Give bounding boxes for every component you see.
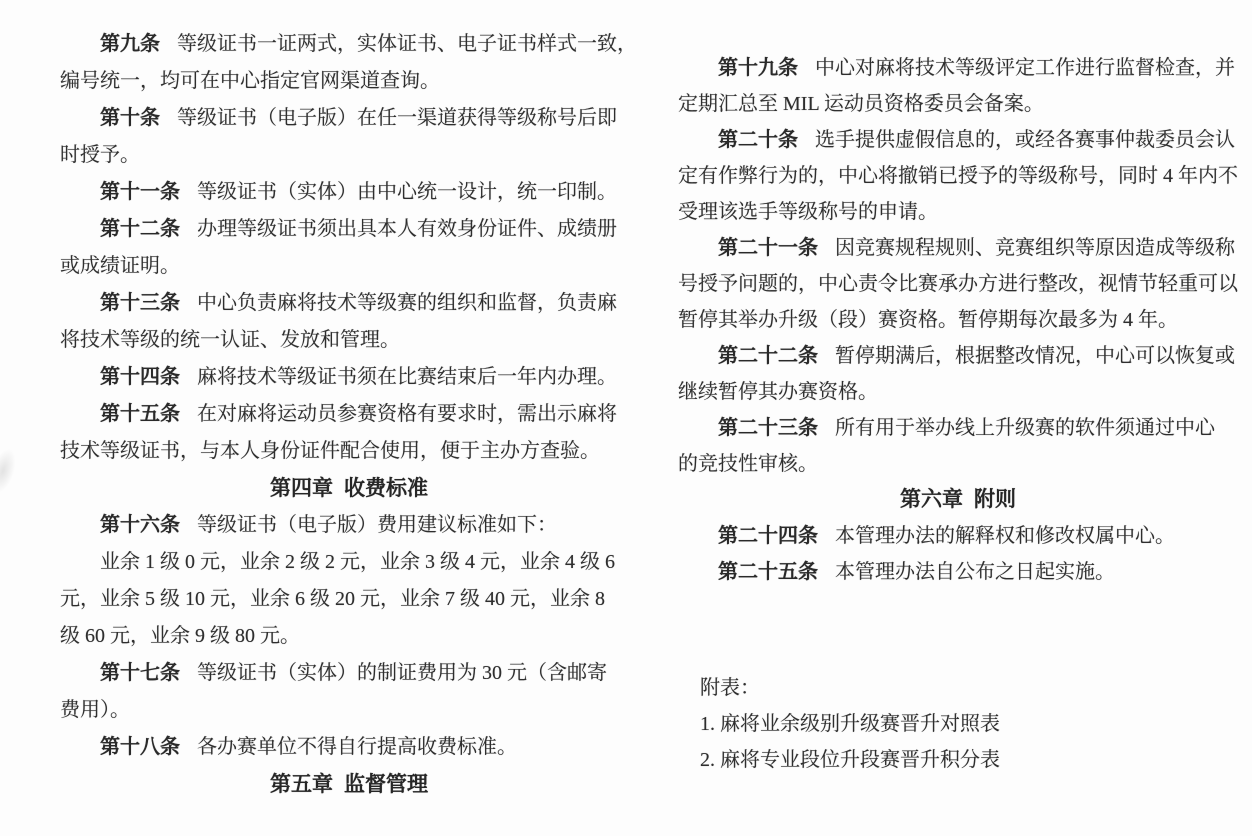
line-text: 等级证书（实体）由中心统一设计，统一印制。 bbox=[197, 181, 617, 203]
doc-line: 费用）。 bbox=[60, 692, 638, 729]
chapter-heading: 第五章 监督管理 bbox=[60, 766, 638, 803]
line-text: 本管理办法自公布之日起实施。 bbox=[835, 561, 1115, 583]
article-number: 第二十一条 bbox=[718, 237, 818, 259]
doc-line: 时授予。 bbox=[60, 137, 638, 174]
doc-line: 第十条等级证书（电子版）在任一渠道获得等级称号后即 bbox=[60, 100, 638, 137]
article-number: 第十六条 bbox=[100, 514, 180, 536]
doc-line: 级 60 元，业余 9 级 80 元。 bbox=[60, 618, 638, 655]
line-text: 各办赛单位不得自行提高收费标准。 bbox=[197, 736, 517, 758]
article-number: 第二十五条 bbox=[718, 561, 818, 583]
article-number: 第十一条 bbox=[100, 181, 180, 203]
article-number: 第二十条 bbox=[718, 129, 798, 151]
doc-line: 技术等级证书，与本人身份证件配合使用，便于主办方查验。 bbox=[60, 433, 638, 470]
line-text: 所有用于举办线上升级赛的软件须通过中心 bbox=[835, 417, 1215, 439]
line-text: 中心负责麻将技术等级赛的组织和监督，负责麻 bbox=[197, 292, 617, 314]
doc-line: 业余 1 级 0 元，业余 2 级 2 元，业余 3 级 4 元，业余 4 级 … bbox=[60, 544, 638, 581]
annex-title: 附表： bbox=[678, 670, 1238, 706]
article-number: 第十二条 bbox=[100, 218, 180, 240]
line-text: 中心对麻将技术等级评定工作进行监督检查，并 bbox=[815, 57, 1235, 79]
scan-smudge bbox=[0, 446, 21, 497]
doc-line: 第二十三条所有用于举办线上升级赛的软件须通过中心 bbox=[678, 410, 1238, 446]
doc-line: 继续暂停其办赛资格。 bbox=[678, 374, 1238, 410]
doc-line: 第九条等级证书一证两式，实体证书、电子证书样式一致， bbox=[60, 26, 638, 63]
line-text: 选手提供虚假信息的，或经各赛事仲裁委员会认 bbox=[815, 129, 1235, 151]
chapter-heading: 第四章 收费标准 bbox=[60, 470, 638, 507]
doc-line: 第十六条等级证书（电子版）费用建议标准如下： bbox=[60, 507, 638, 544]
doc-line: 号授予问题的，中心责令比赛承办方进行整改，视情节轻重可以 bbox=[678, 266, 1238, 302]
doc-line: 元，业余 5 级 10 元，业余 6 级 20 元，业余 7 级 40 元，业余… bbox=[60, 581, 638, 618]
doc-line: 第二十五条本管理办法自公布之日起实施。 bbox=[678, 554, 1238, 590]
doc-line: 定期汇总至 MIL 运动员资格委员会备案。 bbox=[678, 86, 1238, 122]
doc-line: 第十七条等级证书（实体）的制证费用为 30 元（含邮寄 bbox=[60, 655, 638, 692]
annex-item: 2. 麻将专业段位升段赛晋升积分表 bbox=[678, 742, 1238, 778]
doc-line: 暂停其举办升级（段）赛资格。暂停期每次最多为 4 年。 bbox=[678, 302, 1238, 338]
article-number: 第二十二条 bbox=[718, 345, 818, 367]
doc-line: 第十四条麻将技术等级证书须在比赛结束后一年内办理。 bbox=[60, 359, 638, 396]
doc-line: 编号统一，均可在中心指定官网渠道查询。 bbox=[60, 63, 638, 100]
doc-line: 第二十条选手提供虚假信息的，或经各赛事仲裁委员会认 bbox=[678, 122, 1238, 158]
chapter-heading: 第六章 附则 bbox=[678, 482, 1238, 518]
line-text: 在对麻将运动员参赛资格有要求时，需出示麻将 bbox=[197, 403, 617, 425]
line-text: 麻将技术等级证书须在比赛结束后一年内办理。 bbox=[197, 366, 617, 388]
article-number: 第十九条 bbox=[718, 57, 798, 79]
article-number: 第二十四条 bbox=[718, 525, 818, 547]
line-text: 等级证书（电子版）费用建议标准如下： bbox=[197, 514, 557, 536]
article-number: 第十条 bbox=[100, 107, 160, 129]
line-text: 等级证书（实体）的制证费用为 30 元（含邮寄 bbox=[197, 662, 607, 684]
doc-line: 受理该选手等级称号的申请。 bbox=[678, 194, 1238, 230]
doc-line: 第二十二条暂停期满后，根据整改情况，中心可以恢复或 bbox=[678, 338, 1238, 374]
document-scan: 第九条等级证书一证两式，实体证书、电子证书样式一致， 编号统一，均可在中心指定官… bbox=[0, 0, 1252, 836]
doc-line: 的竞技性审核。 bbox=[678, 446, 1238, 482]
line-text: 办理等级证书须出具本人有效身份证件、成绩册 bbox=[197, 218, 617, 240]
article-number: 第九条 bbox=[100, 33, 160, 55]
doc-line: 定有作弊行为的，中心将撤销已授予的等级称号，同时 4 年内不 bbox=[678, 158, 1238, 194]
article-number: 第十三条 bbox=[100, 292, 180, 314]
line-text: 暂停期满后，根据整改情况，中心可以恢复或 bbox=[835, 345, 1235, 367]
doc-line: 将技术等级的统一认证、发放和管理。 bbox=[60, 322, 638, 359]
page-left: 第九条等级证书一证两式，实体证书、电子证书样式一致， 编号统一，均可在中心指定官… bbox=[60, 0, 638, 803]
article-number: 第十七条 bbox=[100, 662, 180, 684]
doc-line: 第十二条办理等级证书须出具本人有效身份证件、成绩册 bbox=[60, 211, 638, 248]
doc-line: 第十九条中心对麻将技术等级评定工作进行监督检查，并 bbox=[678, 50, 1238, 86]
vertical-gap bbox=[678, 590, 1238, 670]
doc-line: 第十八条各办赛单位不得自行提高收费标准。 bbox=[60, 729, 638, 766]
doc-line: 第十一条等级证书（实体）由中心统一设计，统一印制。 bbox=[60, 174, 638, 211]
doc-line: 第十三条中心负责麻将技术等级赛的组织和监督，负责麻 bbox=[60, 285, 638, 322]
line-text: 等级证书（电子版）在任一渠道获得等级称号后即 bbox=[177, 107, 617, 129]
doc-line: 第十五条在对麻将运动员参赛资格有要求时，需出示麻将 bbox=[60, 396, 638, 433]
line-text: 等级证书一证两式，实体证书、电子证书样式一致， bbox=[177, 33, 637, 55]
line-text: 本管理办法的解释权和修改权属中心。 bbox=[835, 525, 1175, 547]
article-number: 第十五条 bbox=[100, 403, 180, 425]
article-number: 第二十三条 bbox=[718, 417, 818, 439]
doc-line: 第二十四条本管理办法的解释权和修改权属中心。 bbox=[678, 518, 1238, 554]
doc-line: 第二十一条因竞赛规程规则、竞赛组织等原因造成等级称 bbox=[678, 230, 1238, 266]
annex-item: 1. 麻将业余级别升级赛晋升对照表 bbox=[678, 706, 1238, 742]
page-right: 第十九条中心对麻将技术等级评定工作进行监督检查，并 定期汇总至 MIL 运动员资… bbox=[678, 0, 1238, 778]
line-text: 因竞赛规程规则、竞赛组织等原因造成等级称 bbox=[835, 237, 1235, 259]
article-number: 第十四条 bbox=[100, 366, 180, 388]
article-number: 第十八条 bbox=[100, 736, 180, 758]
doc-line: 或成绩证明。 bbox=[60, 248, 638, 285]
